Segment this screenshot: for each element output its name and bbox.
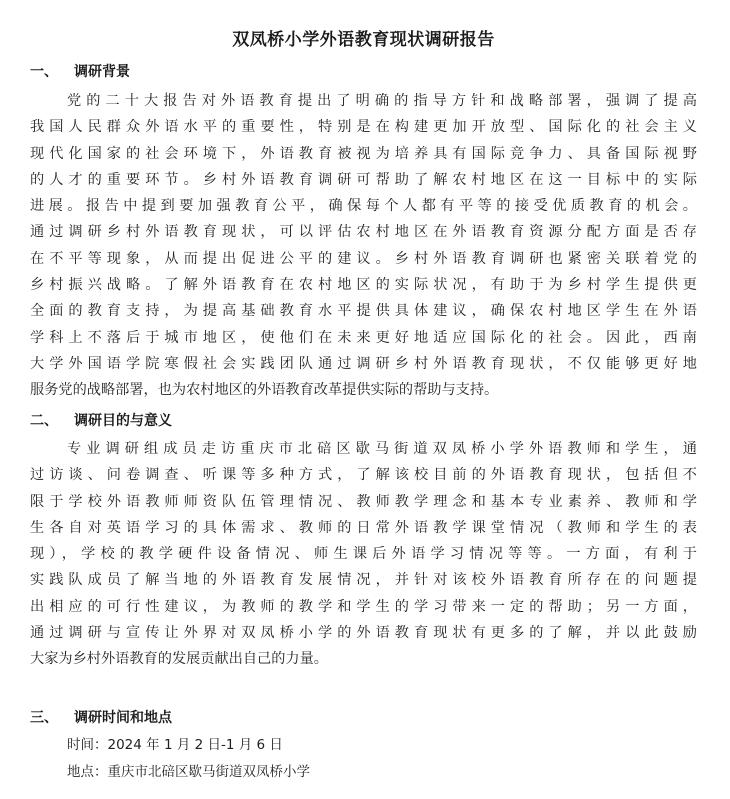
paragraph-line: 党的二十大报告对外语教育提出了明确的指导方针和战略部署，强调了提高 [30, 88, 697, 114]
paragraph-line: 通过调研与宣传让外界对双凤桥小学的外语教育现状有更多的了解，并以此鼓励 [30, 620, 697, 646]
paragraph-line: 在不平等现象，从而提出促进公平的建议。乡村外语教育调研也紧密关联着党的 [30, 246, 697, 272]
survey-place: 地点：重庆市北碚区歇马街道双凤桥小学 [67, 762, 310, 782]
paragraph-line: 过访谈、问卷调查、听课等多种方式，了解该校目前的外语教育现状，包括但不 [30, 462, 697, 488]
place-label: 地点： [67, 764, 108, 780]
section-title: 调研背景 [74, 64, 130, 80]
time-value: 2024 年 1 月 2 日-1 月 6 日 [108, 737, 283, 753]
section-number: 一、 [30, 62, 74, 82]
paragraph-line: 服务党的战略部署，也为农村地区的外语教育改革提供实际的帮助与支持。 [30, 377, 697, 403]
section-number: 二、 [30, 411, 74, 431]
paragraph-line: 现代化国家的社会环境下，外语教育被视为培养具有国际竞争力、具备国际视野 [30, 141, 697, 167]
paragraph-line: 大家为乡村外语教育的发展贡献出自己的力量。 [30, 646, 697, 672]
document-title: 双凤桥小学外语教育现状调研报告 [30, 28, 697, 52]
paragraph-line: 出相应的可行性建议，为教师的教学和学生的学习带来一定的帮助；另一方面， [30, 594, 697, 620]
section-title: 调研目的与意义 [74, 413, 172, 429]
paragraph-line: 我国人民群众外语水平的重要性，特别是在构建更加开放型、国际化的社会主义 [30, 114, 697, 140]
paragraph-line: 限于学校外语教师师资队伍管理情况、教师教学理念和基本专业素养、教师和学 [30, 489, 697, 515]
paragraph-line: 进展。报告中提到要加强教育公平，确保每个人都有平等的接受优质教育的机会。 [30, 193, 697, 219]
paragraph-line: 通过调研乡村外语教育现状，可以评估农村地区在外语教育资源分配方面是否存 [30, 219, 697, 245]
paragraph-line: 专业调研组成员走访重庆市北碚区歇马街道双凤桥小学外语教师和学生，通 [30, 436, 697, 462]
paragraph-line: 学科上不落后于城市地区，使他们在未来更好地适应国际化的社会。因此，西南 [30, 325, 697, 351]
section-number: 三、 [30, 708, 74, 728]
paragraph-background: 党的二十大报告对外语教育提出了明确的指导方针和战略部署，强调了提高 我国人民群众… [30, 88, 697, 404]
section-heading-background: 一、调研背景 [30, 62, 130, 82]
paragraph-line: 的人才的重要环节。乡村外语教育调研可帮助了解农村地区在这一目标中的实际 [30, 167, 697, 193]
paragraph-line: 实践队成员了解当地的外语教育发展情况，并针对该校外语教育所存在的问题提 [30, 567, 697, 593]
paragraph-line: 现），学校的教学硬件设备情况、师生课后外语学习情况等等。一方面，有利于 [30, 541, 697, 567]
survey-time: 时间：2024 年 1 月 2 日-1 月 6 日 [67, 735, 283, 755]
time-label: 时间： [67, 737, 108, 753]
paragraph-purpose: 专业调研组成员走访重庆市北碚区歇马街道双凤桥小学外语教师和学生，通 过访谈、问卷… [30, 436, 697, 673]
place-value: 重庆市北碚区歇马街道双凤桥小学 [108, 764, 311, 780]
paragraph-line: 生各自对英语学习的具体需求、教师的日常外语教学课堂情况（教师和学生的表 [30, 515, 697, 541]
paragraph-line: 大学外国语学院寒假社会实践团队通过调研乡村外语教育现状，不仅能够更好地 [30, 351, 697, 377]
section-title: 调研时间和地点 [74, 710, 172, 726]
paragraph-line: 全面的教育支持，为提高基础教育水平提供具体建议，确保农村地区学生在外语 [30, 298, 697, 324]
section-heading-purpose: 二、调研目的与意义 [30, 411, 172, 431]
paragraph-line: 乡村振兴战略。了解外语教育在农村地区的实际状况，有助于为乡村学生提供更 [30, 272, 697, 298]
section-heading-time-place: 三、调研时间和地点 [30, 708, 172, 728]
